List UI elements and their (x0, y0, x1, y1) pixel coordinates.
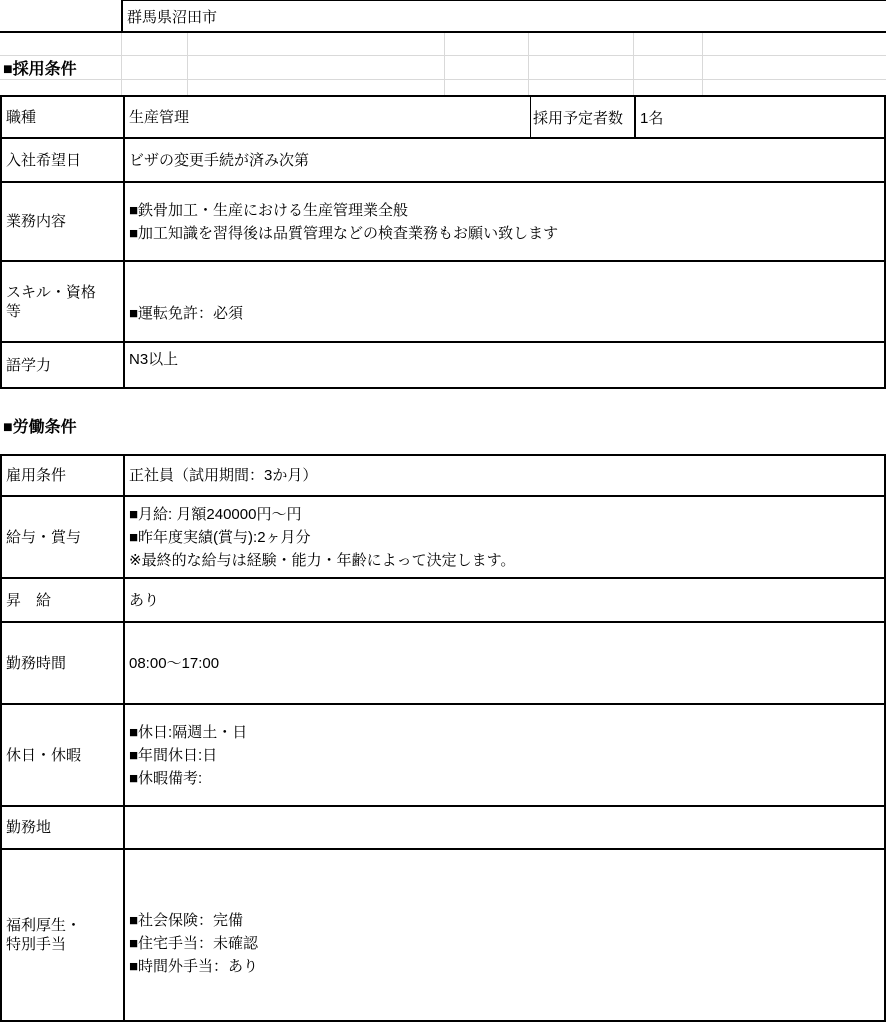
gridline (528, 33, 529, 95)
row-work-location: 勤務地 (2, 807, 884, 850)
salary-line-3: ※最終的な給与は経験・能力・年齢によって決定します。 (129, 549, 884, 572)
benefits-line-2: ■住宅手当：未確認 (129, 932, 884, 955)
raise-value: あり (129, 589, 884, 612)
job-type-label: 職種 (2, 97, 125, 137)
employment-value-cell: 正社員（試用期間：3か月） (125, 456, 884, 495)
labor-conditions-table: 雇用条件 正社員（試用期間：3か月） 給与・賞与 ■月給: 月額240000円～… (0, 454, 886, 1022)
holidays-value-cell: ■休日:隔週土・日 ■年間休日:日 ■休暇備考: (125, 705, 884, 805)
worklocation-label: 勤務地 (2, 807, 125, 848)
recruit-section-band: ■採用条件 (0, 33, 886, 95)
salary-line-1: ■月給: 月額240000円～円 (129, 503, 884, 526)
salary-value-cell: ■月給: 月額240000円～円 ■昨年度実績(賞与):2ヶ月分 ※最終的な給与… (125, 497, 884, 577)
gridline (121, 33, 122, 95)
benefits-label-line-1: 福利厚生・ (6, 916, 123, 935)
row-skills-qualifications: スキル・資格 等 ■運転免許：必須 (2, 262, 884, 343)
language-value-cell: N3以上 (125, 343, 884, 387)
row-working-hours: 勤務時間 08:00～17:00 (2, 623, 884, 705)
job-type-value-cell: 生産管理 (125, 97, 530, 137)
join-date-value-cell: ビザの変更手続が済み次第 (125, 139, 884, 181)
job-type-value: 生産管理 (129, 106, 530, 129)
planned-hires-value: 1名 (636, 97, 884, 137)
location-row: 群馬県沼田市 (0, 0, 886, 33)
duties-line-1: ■鉄骨加工・生産における生産管理業全般 (129, 199, 884, 222)
holidays-line-2: ■年間休日:日 (129, 744, 884, 767)
recruit-conditions-table: 職種 生産管理 採用予定者数 1名 入社希望日 ビザの変更手続が済み次第 業務内… (0, 95, 886, 389)
holidays-line-3: ■休暇備考: (129, 767, 884, 790)
join-date-label: 入社希望日 (2, 139, 125, 181)
worklocation-value-cell (125, 807, 884, 848)
row-language-ability: 語学力 N3以上 (2, 343, 884, 387)
hours-label: 勤務時間 (2, 623, 125, 703)
employment-label: 雇用条件 (2, 456, 125, 495)
language-label: 語学力 (2, 343, 125, 387)
gridline (633, 33, 634, 95)
row-raise: 昇 給 あり (2, 579, 884, 623)
hours-value: 08:00～17:00 (129, 652, 884, 675)
row-holidays: 休日・休暇 ■休日:隔週土・日 ■年間休日:日 ■休暇備考: (2, 705, 884, 807)
hours-value-cell: 08:00～17:00 (125, 623, 884, 703)
benefits-value-cell: ■社会保険：完備 ■住宅手当：未確認 ■時間外手当：あり (125, 850, 884, 1020)
gridline (0, 79, 886, 80)
row-salary-bonus: 給与・賞与 ■月給: 月額240000円～円 ■昨年度実績(賞与):2ヶ月分 ※… (2, 497, 884, 579)
row-job-description: 業務内容 ■鉄骨加工・生産における生産管理業全般 ■加工知識を習得後は品質管理な… (2, 183, 884, 262)
duties-value-cell: ■鉄骨加工・生産における生産管理業全般 ■加工知識を習得後は品質管理などの検査業… (125, 183, 884, 260)
raise-value-cell: あり (125, 579, 884, 621)
location-cell: 群馬県沼田市 (121, 0, 886, 31)
benefits-line-1: ■社会保険：完備 (129, 909, 884, 932)
benefits-line-3: ■時間外手当：あり (129, 955, 884, 978)
skills-label: スキル・資格 等 (2, 262, 125, 341)
salary-label: 給与・賞与 (2, 497, 125, 577)
duties-line-2: ■加工知識を習得後は品質管理などの検査業務もお願い致します (129, 222, 884, 245)
skills-value: ■運転免許：必須 (129, 302, 884, 325)
benefits-label-line-2: 特別手当 (6, 935, 123, 954)
benefits-label: 福利厚生・ 特別手当 (2, 850, 125, 1020)
holidays-label: 休日・休暇 (2, 705, 125, 805)
raise-label: 昇 給 (2, 579, 125, 621)
row-employment-terms: 雇用条件 正社員（試用期間：3か月） (2, 456, 884, 497)
gridline (444, 33, 445, 95)
gridline (187, 33, 188, 95)
row-benefits: 福利厚生・ 特別手当 ■社会保険：完備 ■住宅手当：未確認 ■時間外手当：あり (2, 850, 884, 1020)
skills-label-line-1: スキル・資格 (6, 283, 123, 302)
labor-section-title: ■労働条件 (3, 414, 77, 437)
duties-label: 業務内容 (2, 183, 125, 260)
holidays-line-1: ■休日:隔週土・日 (129, 721, 884, 744)
gridline (0, 55, 886, 56)
planned-hires-label: 採用予定者数 (530, 97, 636, 137)
job-posting-sheet: 群馬県沼田市 ■採用条件 職種 生産管理 採用予定者数 1名 入社希望日 ビザの… (0, 0, 886, 1024)
language-value: N3以上 (129, 348, 884, 371)
salary-line-2: ■昨年度実績(賞与):2ヶ月分 (129, 526, 884, 549)
skills-value-cell: ■運転免許：必須 (125, 262, 884, 341)
row-job-type: 職種 生産管理 採用予定者数 1名 (2, 97, 884, 139)
labor-section-band: ■労働条件 (0, 389, 886, 454)
location-text: 群馬県沼田市 (127, 6, 217, 27)
gridline (702, 33, 703, 95)
recruit-section-title: ■採用条件 (3, 56, 77, 79)
join-date-value: ビザの変更手続が済み次第 (129, 149, 884, 172)
employment-value: 正社員（試用期間：3か月） (129, 464, 884, 487)
skills-label-line-2: 等 (6, 302, 123, 321)
row-desired-join-date: 入社希望日 ビザの変更手続が済み次第 (2, 139, 884, 183)
